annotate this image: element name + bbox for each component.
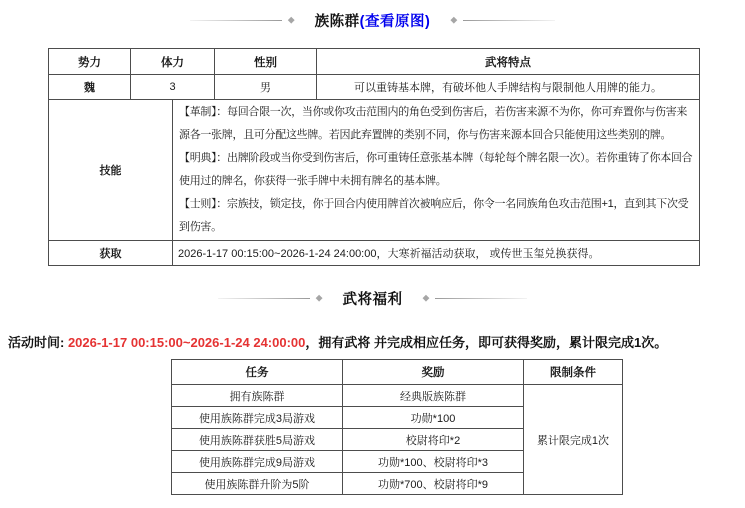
- skill-gezhi: 【革制】：每回合限一次，当你或你攻击范围内的角色受到伤害后，若伤害来源不为你，你…: [179, 101, 694, 147]
- page-title: 族陈群(查看原图): [315, 10, 431, 31]
- diamond-icon: ◆: [288, 15, 295, 24]
- tasks-table: 任务 奖励 限制条件 拥有族陈群 经典版族陈群 累计限完成1次 使用族陈群完成3…: [171, 359, 623, 495]
- table-row: 获取 2026-1-17 00:15:00~2026-1-24 24:00:00…: [49, 241, 700, 266]
- trait-cell: 可以重铸基本牌，有破坏他人手牌结构与限制他人用牌的能力。: [317, 75, 700, 100]
- diamond-icon: ◆: [316, 293, 323, 302]
- page: ◆ 族陈群(查看原图) ◆ 势力 体力 性别 武将特点 魏 3 男 可以重铸基本…: [0, 0, 745, 495]
- gender-cell: 男: [215, 75, 317, 100]
- general-info-table: 势力 体力 性别 武将特点 魏 3 男 可以重铸基本牌，有破坏他人手牌结构与限制…: [48, 48, 700, 266]
- view-original-link[interactable]: (查看原图): [360, 14, 431, 30]
- divider-line: [218, 298, 310, 299]
- diamond-icon: ◆: [423, 293, 430, 302]
- hp-cell: 3: [131, 75, 215, 100]
- table-header-row: 势力 体力 性别 武将特点: [49, 49, 700, 75]
- col-header-restriction: 限制条件: [524, 360, 623, 385]
- col-header-trait: 武将特点: [317, 49, 700, 75]
- diamond-icon: ◆: [450, 15, 457, 24]
- task-cell: 拥有族陈群: [172, 385, 343, 407]
- general-name: 族陈群: [315, 14, 360, 30]
- activity-time-line: 活动时间: 2026-1-17 00:15:00~2026-1-24 24:00…: [8, 332, 745, 351]
- table-header-row: 任务 奖励 限制条件: [172, 360, 623, 385]
- table-row: 魏 3 男 可以重铸基本牌，有破坏他人手牌结构与限制他人用牌的能力。: [49, 75, 700, 100]
- obtain-text-cell: 2026-1-17 00:15:00~2026-1-24 24:00:00，大寒…: [173, 241, 700, 266]
- divider-line: [435, 298, 527, 299]
- col-header-hp: 体力: [131, 49, 215, 75]
- faction-cell: 魏: [49, 75, 131, 100]
- obtain-label-cell: 获取: [49, 241, 173, 266]
- restriction-cell: 累计限完成1次: [524, 385, 623, 495]
- table-row: 技能 【革制】：每回合限一次，当你或你攻击范围内的角色受到伤害后，若伤害来源不为…: [49, 100, 700, 241]
- col-header-gender: 性别: [215, 49, 317, 75]
- reward-cell: 功勋*700、校尉将印*9: [343, 473, 524, 495]
- reward-cell: 功勋*100、校尉将印*3: [343, 451, 524, 473]
- skill-shize: 【士则】：宗族技，锁定技，你于回合内使用牌首次被响应后，你令一名同族角色攻击范围…: [179, 193, 694, 239]
- benefits-title: 武将福利: [343, 288, 403, 309]
- col-header-task: 任务: [172, 360, 343, 385]
- divider-line: [190, 20, 282, 21]
- col-header-faction: 势力: [49, 49, 131, 75]
- table-row: 拥有族陈群 经典版族陈群 累计限完成1次: [172, 385, 623, 407]
- task-cell: 使用族陈群升阶为5阶: [172, 473, 343, 495]
- skills-cell: 【革制】：每回合限一次，当你或你攻击范围内的角色受到伤害后，若伤害来源不为你，你…: [173, 100, 700, 241]
- task-cell: 使用族陈群完成3局游戏: [172, 407, 343, 429]
- task-cell: 使用族陈群获胜5局游戏: [172, 429, 343, 451]
- activity-label: 活动时间:: [8, 335, 68, 350]
- reward-cell: 功勋*100: [343, 407, 524, 429]
- col-header-reward: 奖励: [343, 360, 524, 385]
- skills-label-cell: 技能: [49, 100, 173, 241]
- divider-line: [463, 20, 555, 21]
- activity-desc: ，拥有武将 并完成相应任务，即可获得奖励，累计限完成1次。: [305, 335, 667, 350]
- skill-mingdian: 【明典】：出牌阶段或当你受到伤害后，你可重铸任意张基本牌（每轮每个牌名限一次）。…: [179, 147, 694, 193]
- reward-cell: 校尉将印*2: [343, 429, 524, 451]
- task-cell: 使用族陈群完成9局游戏: [172, 451, 343, 473]
- section-header-general: ◆ 族陈群(查看原图) ◆: [0, 9, 745, 31]
- section-header-benefits: ◆ 武将福利 ◆: [0, 287, 745, 309]
- activity-date: 2026-1-17 00:15:00~2026-1-24 24:00:00: [68, 335, 305, 350]
- reward-cell: 经典版族陈群: [343, 385, 524, 407]
